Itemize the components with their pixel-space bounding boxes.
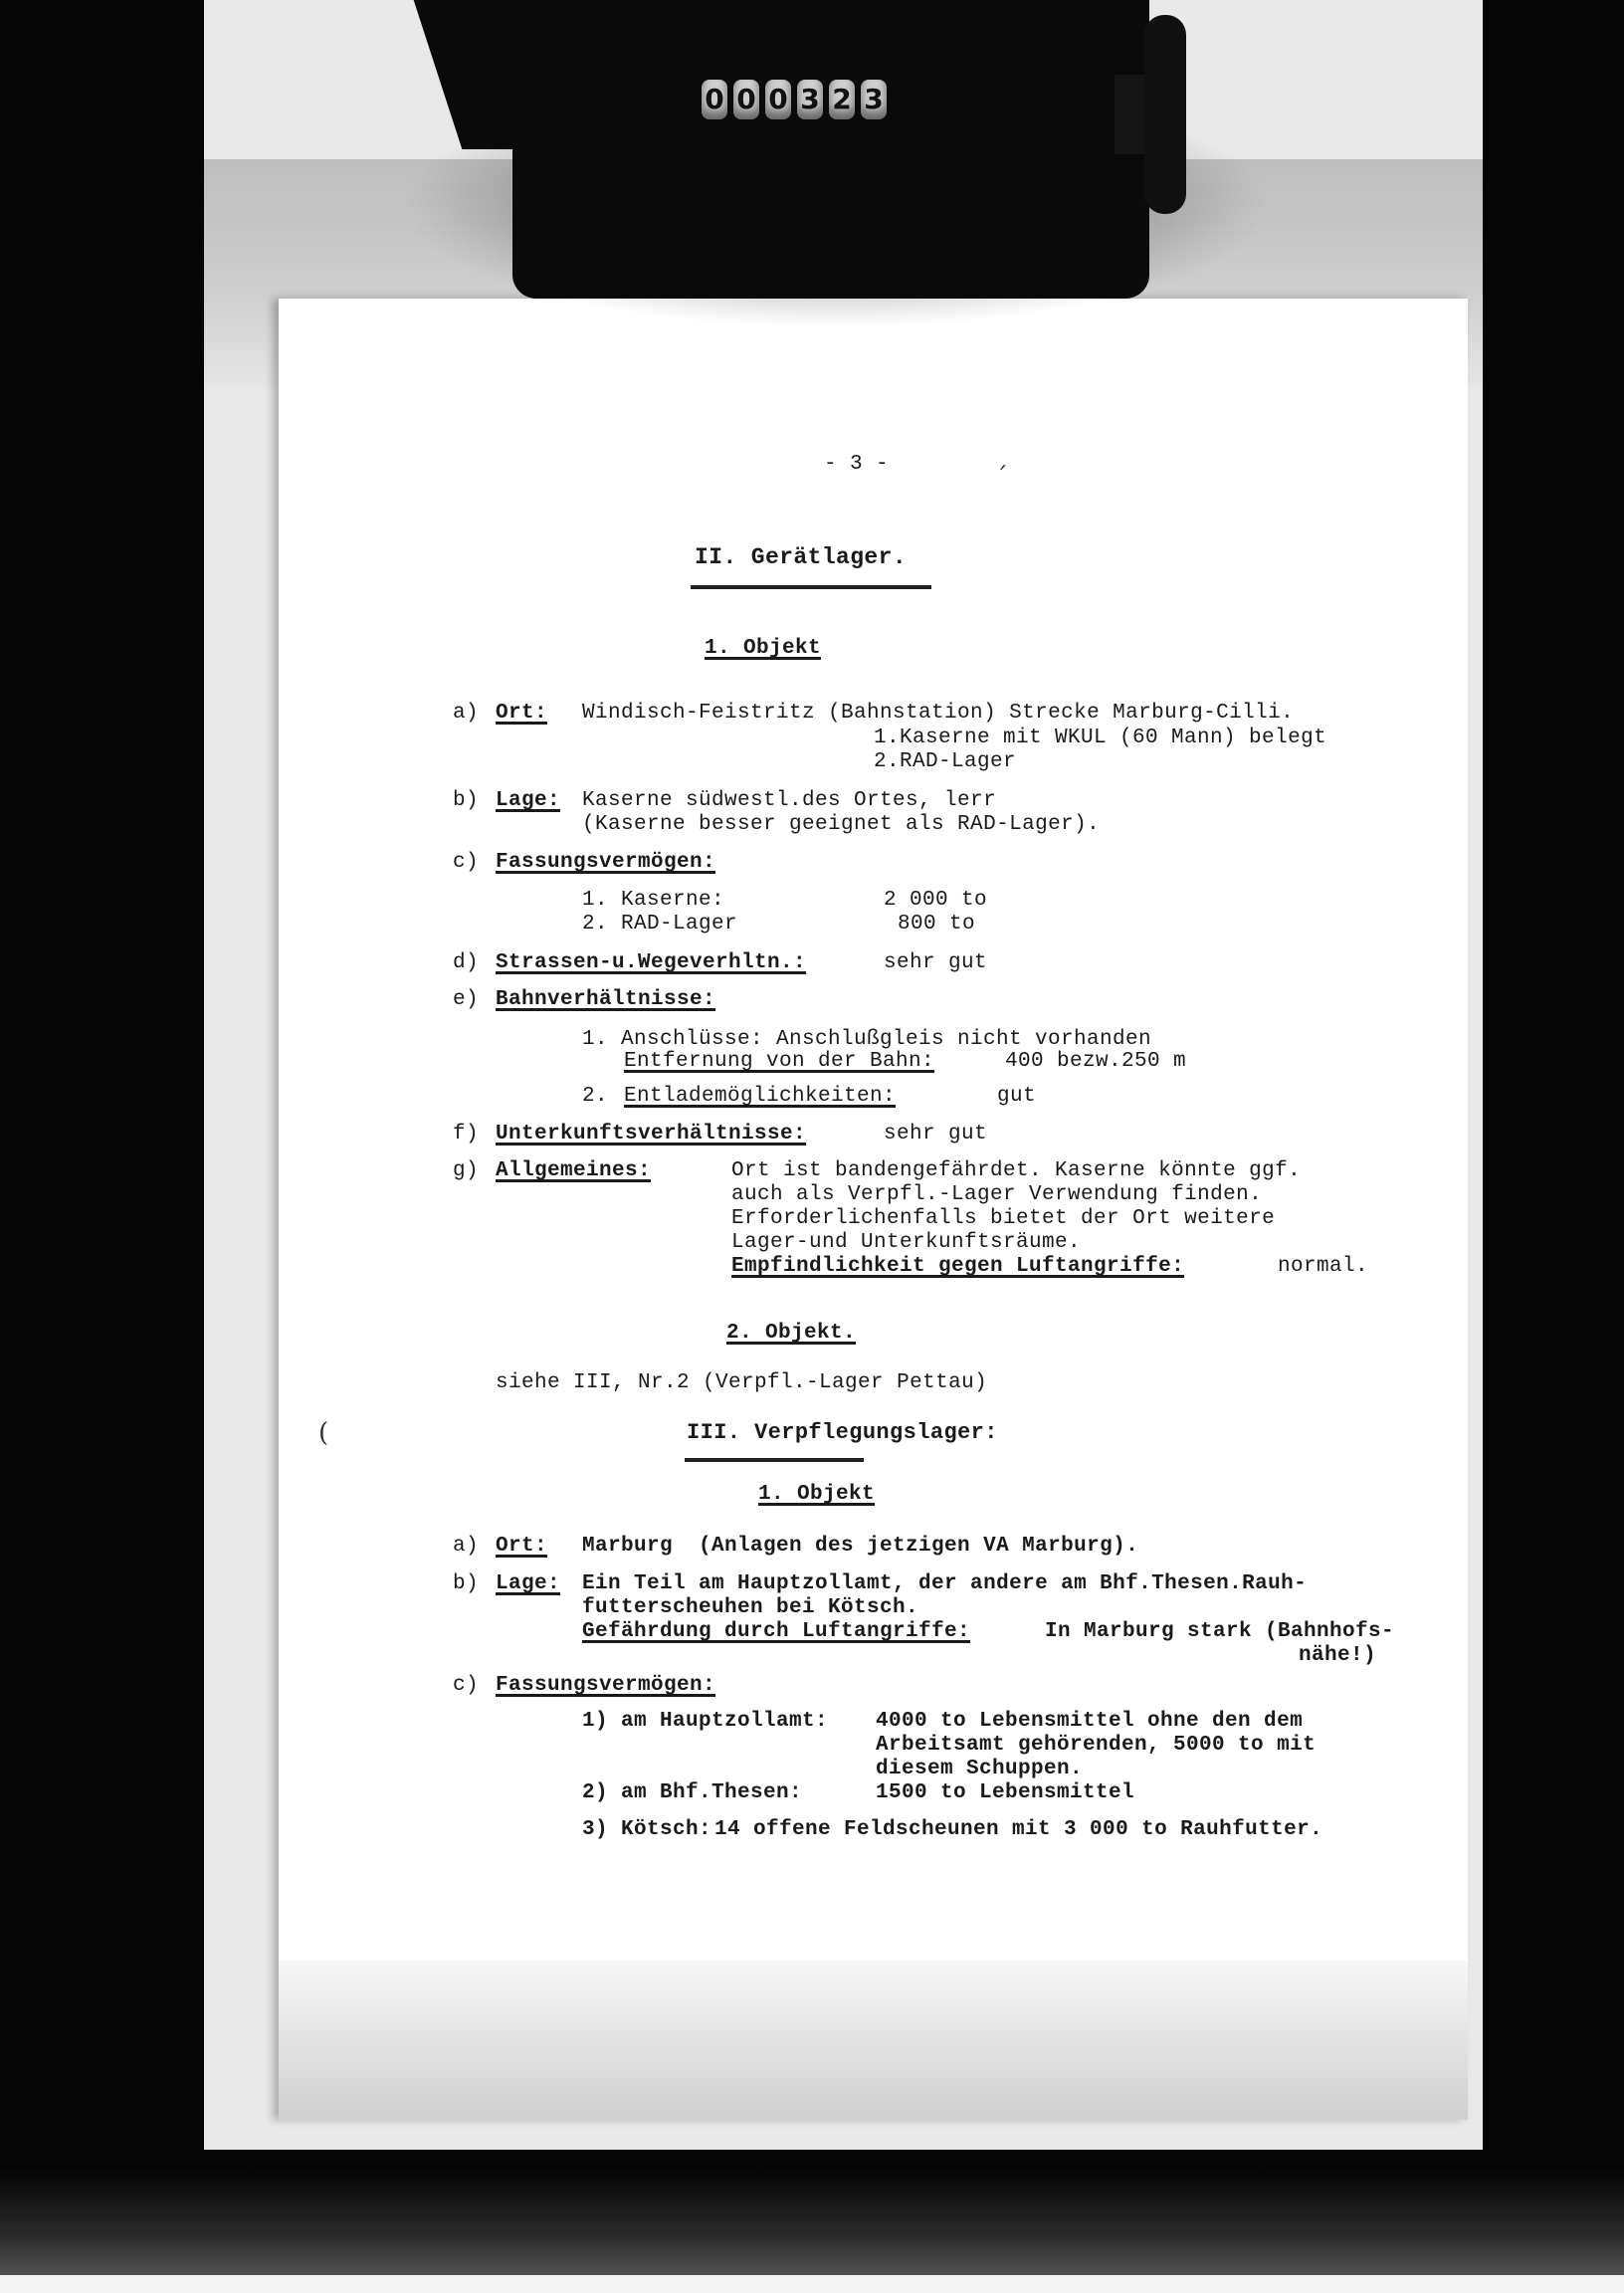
item-label: a)	[453, 702, 479, 726]
cross-reference: siehe III, Nr.2 (Verpfl.-Lager Pettau)	[496, 1371, 987, 1395]
field-key: Lage:	[496, 1572, 560, 1596]
pencil-mark: (	[318, 1418, 328, 1448]
field-value: auch als Verpfl.-Lager Verwendung finden…	[731, 1183, 1262, 1207]
capacity-value: 800 to	[898, 913, 975, 937]
counter-digit: 2	[829, 80, 855, 119]
field-key: Allgemeines:	[496, 1159, 651, 1183]
field-key: Ort:	[496, 1535, 547, 1559]
object-title: 1. Objekt	[758, 1483, 875, 1507]
capacity-value: 2 000 to	[884, 889, 987, 913]
field-key: Ort:	[496, 702, 547, 726]
capacity-label: 2. RAD-Lager	[582, 913, 737, 937]
item-label: c)	[453, 851, 479, 875]
capacity-label: 1) am Hauptzollamt:	[582, 1710, 828, 1734]
section-title-rule	[685, 1458, 864, 1462]
item-label: d)	[453, 951, 479, 975]
capacity-value: 4000 to Lebensmittel ohne den dem	[876, 1710, 1303, 1734]
field-value: Ort ist bandengefährdet. Kaserne könnte …	[731, 1159, 1301, 1183]
field-key: Entlademöglichkeiten:	[624, 1085, 896, 1109]
capacity-label: 3) Kötsch:	[582, 1818, 711, 1842]
section-title-rule	[691, 585, 931, 589]
field-key: Strassen-u.Wegeverhltn.:	[496, 951, 806, 975]
counter-digit: 3	[861, 80, 887, 119]
field-value: nähe!)	[1299, 1644, 1376, 1668]
capacity-label: 1. Kaserne:	[582, 889, 724, 913]
field-value: In Marburg stark (Bahnhofs-	[1045, 1620, 1394, 1644]
field-value: Erforderlichenfalls bietet der Ort weite…	[731, 1207, 1275, 1231]
capacity-value: Arbeitsamt gehörenden, 5000 to mit	[876, 1734, 1316, 1758]
field-key: Entfernung von der Bahn:	[624, 1050, 934, 1074]
field-value: 400 bezw.250 m	[1005, 1050, 1186, 1074]
object-title: 1. Objekt	[705, 637, 821, 661]
item-label: c)	[453, 1674, 479, 1698]
counter-digits: 0 0 0 3 2 3	[702, 80, 887, 119]
sub-item-label: 2.	[582, 1085, 608, 1109]
capacity-value: 1500 to Lebensmittel	[876, 1781, 1134, 1805]
field-value: (Kaserne besser geeignet als RAD-Lager).	[582, 813, 1100, 837]
capacity-label: 2) am Bhf.Thesen:	[582, 1781, 802, 1805]
section-title: II. Gerätlager.	[695, 545, 907, 569]
capacity-value: diesem Schuppen.	[876, 1758, 1083, 1781]
item-label: e)	[453, 988, 479, 1012]
object-title: 2. Objekt.	[726, 1322, 856, 1346]
field-value: Ein Teil am Hauptzollamt, der andere am …	[582, 1572, 1307, 1596]
field-value: Windisch-Feistritz (Bahnstation) Strecke…	[582, 702, 1294, 726]
item-label: g)	[453, 1159, 479, 1183]
field-value: Anschlußgleis nicht vorhanden	[776, 1028, 1151, 1052]
item-label: f)	[453, 1123, 479, 1146]
field-key: Fassungsvermögen:	[496, 851, 715, 875]
field-value: normal.	[1278, 1255, 1368, 1279]
field-key: Fassungsvermögen:	[496, 1674, 715, 1698]
field-key: Empfindlichkeit gegen Luftangriffe:	[731, 1255, 1184, 1279]
film-border	[0, 2170, 1624, 2279]
field-value: sehr gut	[884, 1123, 987, 1146]
field-value: Marburg (Anlagen des jetzigen VA Marburg…	[582, 1535, 1138, 1559]
field-value: futterscheuhen bei Kötsch.	[582, 1596, 918, 1620]
item-label: a)	[453, 1535, 479, 1559]
frame-counter: 0 0 0 3 2 3	[512, 0, 1149, 299]
item-label: b)	[453, 789, 479, 813]
field-value: Lager-und Unterkunftsräume.	[731, 1231, 1081, 1255]
page-number: - 3 -	[824, 453, 889, 477]
counter-digit: 0	[765, 80, 791, 119]
field-key: Unterkunftsverhältnisse:	[496, 1123, 806, 1146]
field-value: sehr gut	[884, 951, 987, 975]
field-key: Lage:	[496, 789, 560, 813]
field-value: gut	[997, 1085, 1036, 1109]
field-value: Kaserne südwestl.des Ortes, lerr	[582, 789, 996, 813]
item-label: b)	[453, 1572, 479, 1596]
counter-digit: 0	[702, 80, 727, 119]
field-value: 2.RAD-Lager	[874, 750, 1016, 774]
field-key: Bahnverhältnisse:	[496, 988, 715, 1012]
capacity-value: 14 offene Feldscheunen mit 3 000 to Rauh…	[714, 1818, 1322, 1842]
counter-wheel	[1144, 15, 1186, 214]
counter-digit: 0	[733, 80, 759, 119]
section-title: III. Verpflegungslager:	[687, 1421, 998, 1445]
counter-digit: 3	[797, 80, 823, 119]
field-value: 1.Kaserne mit WKUL (60 Mann) belegt	[874, 727, 1326, 750]
film-edge	[0, 2275, 1624, 2293]
pencil-mark: ˊ	[995, 463, 1008, 493]
field-key: Gefährdung durch Luftangriffe:	[582, 1620, 970, 1644]
sub-item-label: 1. Anschlüsse:	[582, 1028, 763, 1052]
page-bottom-fold	[279, 1961, 1468, 2120]
